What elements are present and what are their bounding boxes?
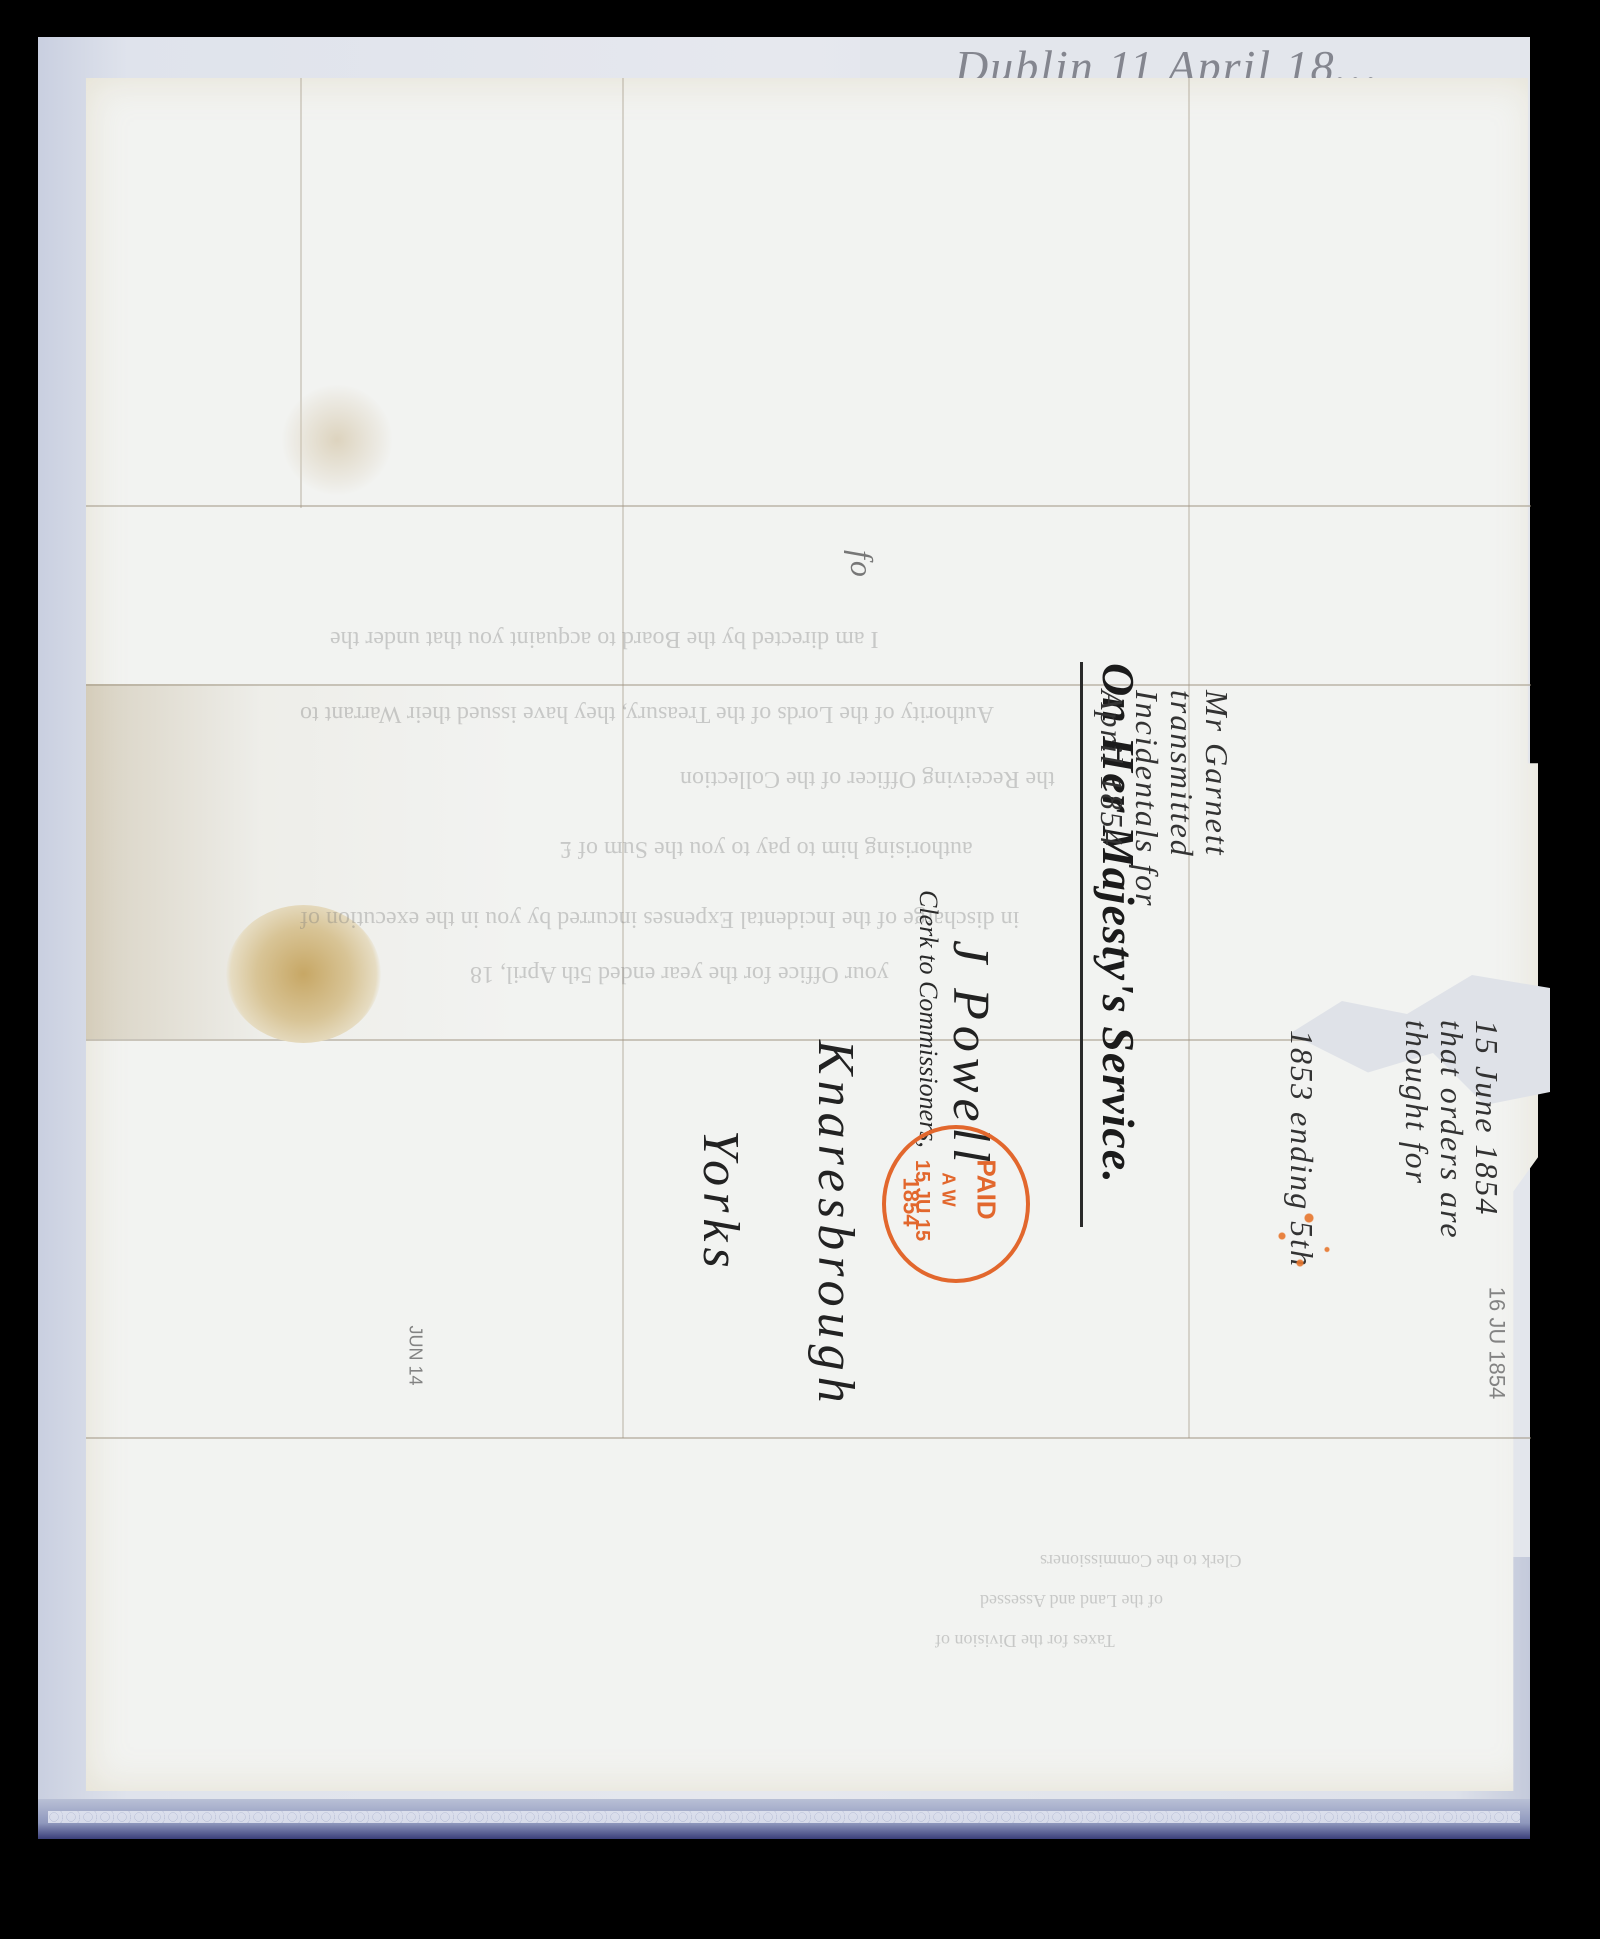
side-note-line: Mr Garnett: [1198, 690, 1235, 857]
reverse-print-line: Taxes for the Division of: [935, 1630, 1115, 1651]
grey-backstamp: 16 JU 1854: [1483, 1287, 1509, 1400]
red-ink-splatter: [1255, 1200, 1345, 1290]
pencil-mark: fo: [843, 550, 880, 579]
seal-ghost-stain: [282, 385, 392, 495]
side-note-line: Incidentals for: [1128, 690, 1165, 908]
reverse-print-line: the Receiving Officer of the Collection: [680, 765, 1055, 792]
reverse-print-line: Clerk to the Commissioners: [1040, 1550, 1242, 1571]
heading-rule: [1080, 662, 1083, 1227]
address-line-county: Yorks: [691, 1130, 750, 1274]
address-line-town: Knaresbrough: [806, 1040, 865, 1409]
side-note-line: transmitted: [1163, 690, 1200, 858]
docket-note-line: that orders are: [1433, 1020, 1470, 1240]
reverse-print-line: your Office for the year ended 5th April…: [470, 960, 889, 987]
fold-line: [86, 684, 1531, 686]
reverse-print-line: I am directed by the Board to acquaint y…: [330, 625, 878, 652]
docket-note-line: thought for: [1398, 1020, 1435, 1185]
reverse-print-line: authorising him to pay to you the Sum of…: [560, 835, 973, 862]
side-note-line: April 1854: [1093, 690, 1130, 848]
postmark-year: 1854: [897, 1178, 923, 1227]
docket-note-line: 15 June 1854: [1468, 1020, 1505, 1216]
postmark-code: A W: [938, 1172, 959, 1206]
reverse-print-line: Authority of the Lords of the Treasury, …: [300, 700, 994, 727]
reverse-print-line: of the Land and Assessed: [980, 1590, 1163, 1611]
fold-line: [86, 505, 1531, 507]
clerk-title: Clerk to Commissioners,: [913, 890, 943, 1148]
fold-line: [622, 78, 624, 1438]
grey-small-stamp: JUN 14: [405, 1325, 426, 1385]
postmark-paid: PAID: [971, 1159, 1002, 1219]
paid-postmark: PAID A W 15 JU 15 1854: [882, 1125, 1030, 1283]
fold-line: [86, 1437, 1531, 1439]
reverse-print-line: in discharge of the Incidental Expenses …: [300, 905, 1019, 932]
sleeve-perforation: [48, 1811, 1520, 1823]
